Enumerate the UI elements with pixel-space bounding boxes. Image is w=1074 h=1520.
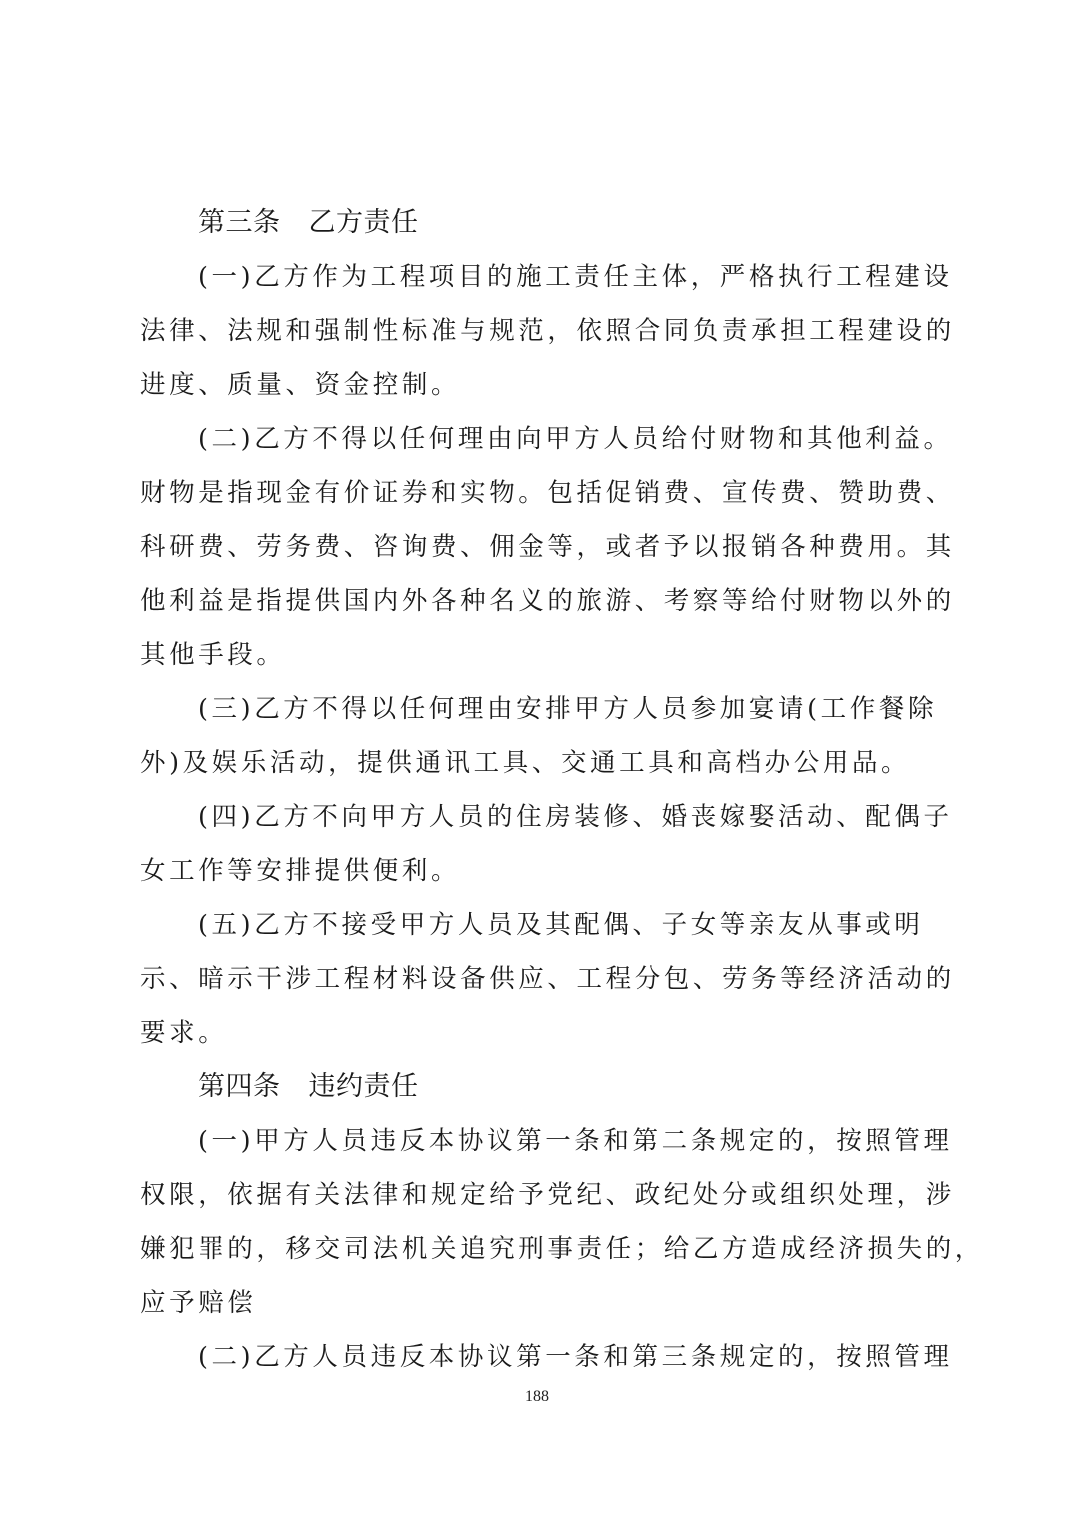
- text-line: (三)乙方不得以任何理由安排甲方人员参加宴请(工作餐除: [140, 682, 936, 736]
- text-line: 外)及娱乐活动，提供通讯工具、交通工具和高档办公用品。: [140, 736, 936, 790]
- text-line: 嫌犯罪的，移交司法机关追究刑事责任；给乙方造成经济损失的，: [140, 1222, 936, 1276]
- text-line: (四)乙方不向甲方人员的住房装修、婚丧嫁娶活动、配偶子: [140, 790, 936, 844]
- text-line: (一)甲方人员违反本协议第一条和第二条规定的，按照管理: [140, 1114, 936, 1168]
- clause-3-4: (四)乙方不向甲方人员的住房装修、婚丧嫁娶活动、配偶子 女工作等安排提供便利。: [140, 790, 936, 898]
- section-title: 违约责任: [309, 1071, 419, 1102]
- text-line: 他利益是指提供国内外各种名义的旅游、考察等给付财物以外的: [140, 574, 936, 628]
- document-page: 第三条乙方责任 (一)乙方作为工程项目的施工责任主体，严格执行工程建设 法律、法…: [140, 196, 936, 1384]
- clause-3-1: (一)乙方作为工程项目的施工责任主体，严格执行工程建设 法律、法规和强制性标准与…: [140, 250, 936, 412]
- text-line: 其他手段。: [140, 628, 936, 682]
- text-line: (二)乙方人员违反本协议第一条和第三条规定的，按照管理: [140, 1330, 936, 1384]
- section-heading-4: 第四条违约责任: [140, 1060, 936, 1114]
- text-line: 权限，依据有关法律和规定给予党纪、政纪处分或组织处理，涉: [140, 1168, 936, 1222]
- section-number: 第三条: [198, 207, 281, 238]
- clause-4-1: (一)甲方人员违反本协议第一条和第二条规定的，按照管理 权限，依据有关法律和规定…: [140, 1114, 936, 1330]
- clause-3-3: (三)乙方不得以任何理由安排甲方人员参加宴请(工作餐除 外)及娱乐活动，提供通讯…: [140, 682, 936, 790]
- text-line: 应予赔偿: [140, 1276, 936, 1330]
- text-line: 法律、法规和强制性标准与规范，依照合同负责承担工程建设的: [140, 304, 936, 358]
- text-line: 女工作等安排提供便利。: [140, 844, 936, 898]
- text-line: 进度、质量、资金控制。: [140, 358, 936, 412]
- text-line: (一)乙方作为工程项目的施工责任主体，严格执行工程建设: [140, 250, 936, 304]
- text-line: 财物是指现金有价证券和实物。包括促销费、宣传费、赞助费、: [140, 466, 936, 520]
- text-line: (二)乙方不得以任何理由向甲方人员给付财物和其他利益。: [140, 412, 936, 466]
- clause-4-2: (二)乙方人员违反本协议第一条和第三条规定的，按照管理: [140, 1330, 936, 1384]
- clause-3-2: (二)乙方不得以任何理由向甲方人员给付财物和其他利益。 财物是指现金有价证券和实…: [140, 412, 936, 682]
- section-heading-3: 第三条乙方责任: [140, 196, 936, 250]
- page-number: 188: [0, 1388, 1074, 1406]
- text-line: 科研费、劳务费、咨询费、佣金等，或者予以报销各种费用。其: [140, 520, 936, 574]
- section-title: 乙方责任: [309, 207, 419, 238]
- text-line: (五)乙方不接受甲方人员及其配偶、子女等亲友从事或明: [140, 898, 936, 952]
- clause-3-5: (五)乙方不接受甲方人员及其配偶、子女等亲友从事或明 示、暗示干涉工程材料设备供…: [140, 898, 936, 1060]
- text-line: 示、暗示干涉工程材料设备供应、工程分包、劳务等经济活动的: [140, 952, 936, 1006]
- text-line: 要求。: [140, 1006, 936, 1060]
- section-number: 第四条: [198, 1071, 281, 1102]
